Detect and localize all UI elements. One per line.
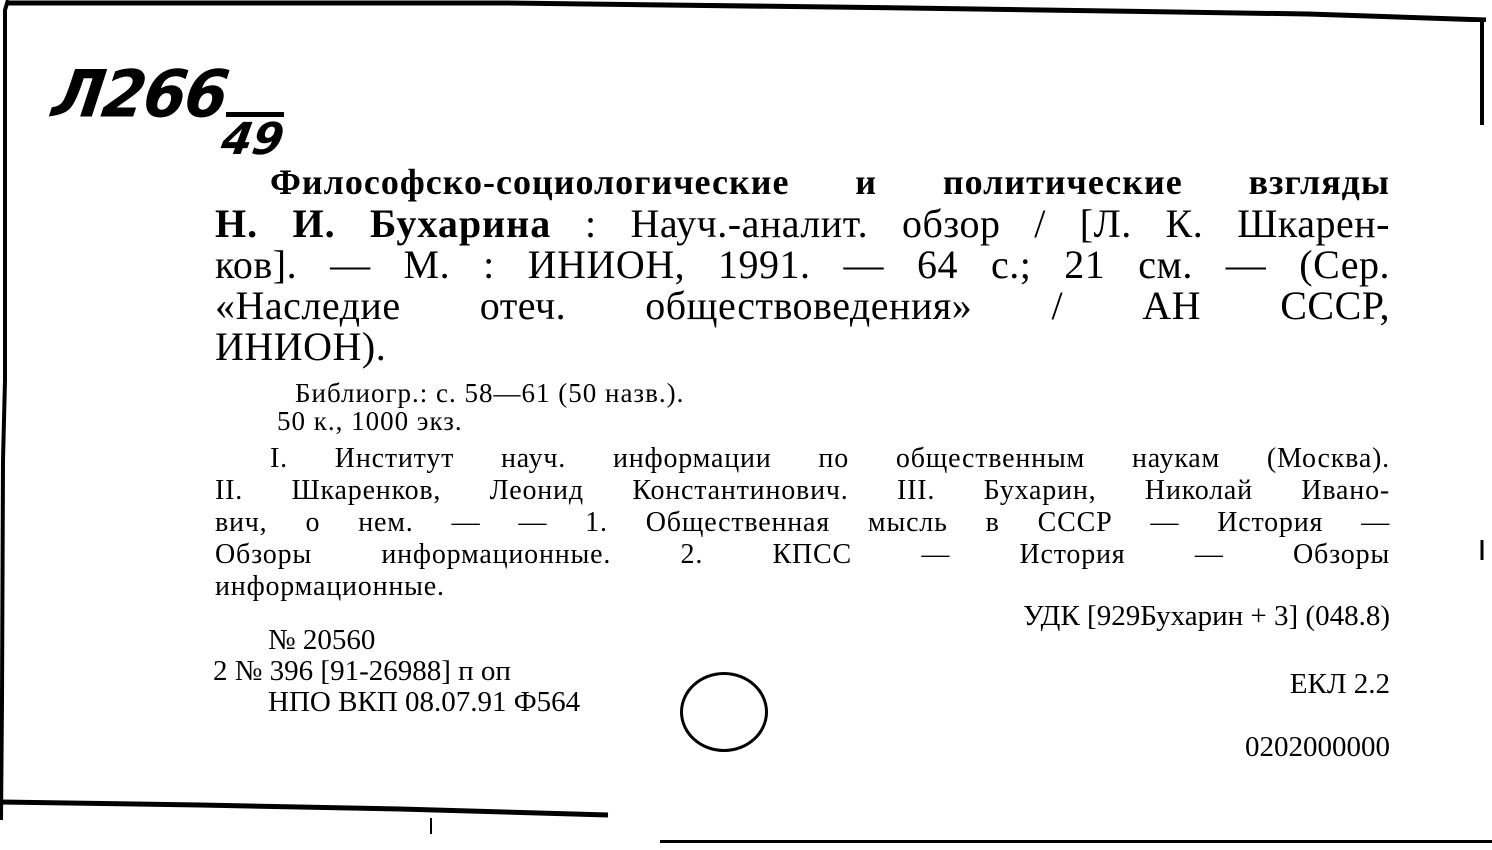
- series-line-end: ИНИОН).: [215, 326, 1390, 367]
- tracing-line: I. Институт науч. информации по обществе…: [215, 443, 1390, 475]
- price-copies-note: 50 к., 1000 экз.: [215, 407, 1390, 435]
- tracing-line: II. Шкаренков, Леонид Константинович. II…: [215, 475, 1390, 507]
- publication-line: ков]. — М. : ИНИОН, 1991. — 64 с.; 21 см…: [215, 244, 1390, 285]
- title-statement: Философско-социологические и политически…: [215, 162, 1390, 367]
- shelfmark-denominator: 49: [218, 118, 287, 162]
- title-author-bold: Н. И. Бухарина: [215, 201, 551, 246]
- order-line: 2 № 396 [91-26988] п оп: [213, 656, 580, 687]
- production-info: № 20560 2 № 396 [91-26988] п оп НПО ВКП …: [213, 625, 580, 718]
- record-number: № 20560: [213, 625, 580, 656]
- tracing-line: вич, о нем. — — 1. Общественная мысль в …: [215, 507, 1390, 539]
- printer-line: НПО ВКП 08.07.91 Ф564: [213, 687, 580, 718]
- title-line-1: Философско-социологические и политически…: [215, 162, 1390, 203]
- ekl-classification: ЕКЛ 2.2: [1290, 668, 1390, 700]
- title-subtitle: : Науч.-аналит. обзор / [Л. К. Шкарен-: [551, 201, 1390, 246]
- handwritten-shelfmark: Л266 49: [58, 62, 298, 172]
- bibliographic-record: Философско-социологические и политически…: [215, 162, 1390, 603]
- udc-classification: УДК [929Бухарин + 3] (048.8): [874, 600, 1390, 632]
- card-left-edge: [0, 0, 10, 820]
- stamp-circle: [680, 672, 768, 752]
- card-top-edge: [8, 0, 1488, 22]
- subject-tracings: I. Институт науч. информации по обществе…: [215, 443, 1390, 603]
- title-line-2: Н. И. Бухарина : Науч.-аналит. обзор / […: [215, 203, 1390, 244]
- card-bottom-edge: [0, 795, 620, 825]
- card-bottom-shadow: [660, 840, 1492, 850]
- card-right-edge: [1472, 0, 1492, 850]
- notes: Библиогр.: с. 58—61 (50 назв.). 50 к., 1…: [215, 379, 1390, 435]
- catalog-code: 0202000000: [1245, 731, 1390, 763]
- tracing-line: Обзоры информационные. 2. КПСС — История…: [215, 539, 1390, 571]
- tracing-line: информационные.: [215, 571, 1390, 603]
- shelfmark-number: Л266: [49, 62, 231, 127]
- scan-mark: [430, 818, 432, 834]
- bibliography-note: Библиогр.: с. 58—61 (50 назв.).: [215, 379, 1390, 407]
- series-line: «Наследие отеч. обществоведения» / АН СС…: [215, 285, 1390, 326]
